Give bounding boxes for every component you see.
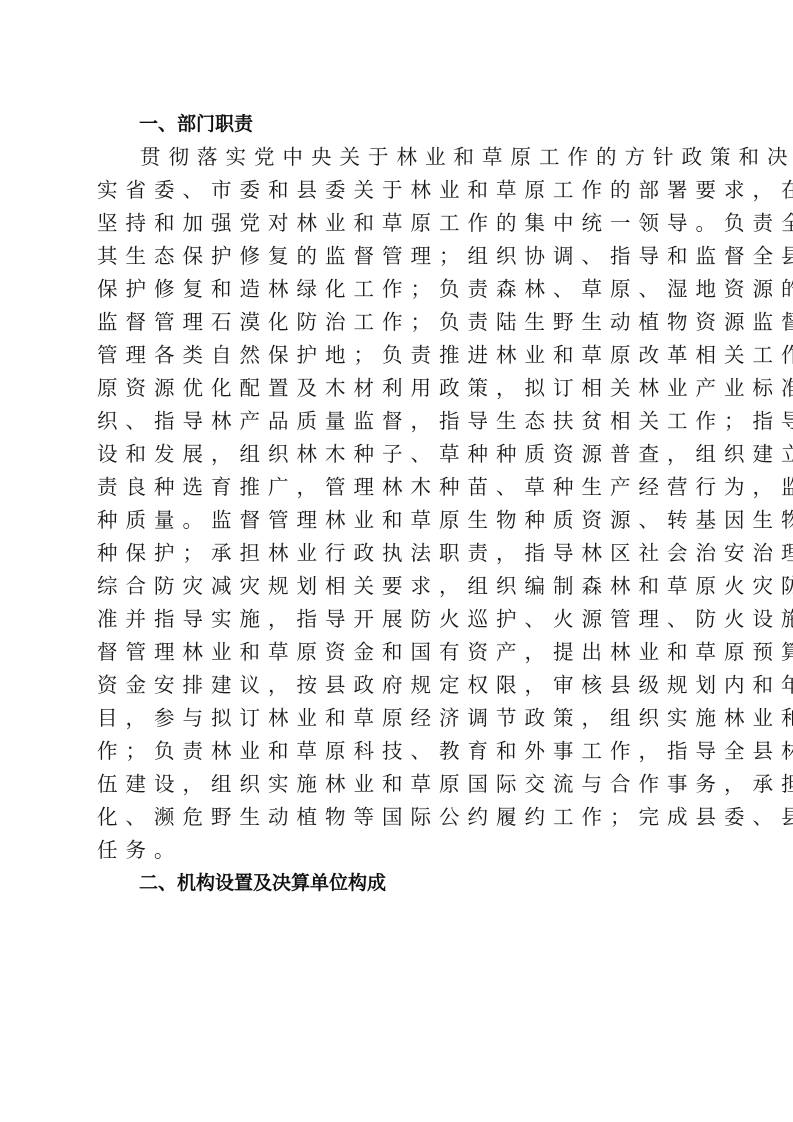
paragraph-line: 保护修复和造林绿化工作；负责森林、草原、湿地资源的监督管理；负责	[97, 273, 700, 306]
paragraph-line: 目，参与拟订林业和草原经济调节政策，组织实施林业和草原生态补偿工	[97, 702, 700, 735]
section-heading-department-duties: 一、部门职责	[97, 108, 700, 141]
paragraph-line: 任务。	[97, 834, 700, 867]
paragraph-line: 督管理林业和草原资金和国有资产，提出林业和草原预算内投资、财政性	[97, 636, 700, 669]
paragraph-line: 贯彻落实党中央关于林业和草原工作的方针政策和决策部署，全面落	[97, 141, 700, 174]
document-page: 一、部门职责 贯彻落实党中央关于林业和草原工作的方针政策和决策部署，全面落 实省…	[97, 108, 700, 900]
paragraph-line: 准并指导实施，指导开展防火巡护、火源管理、防火设施建设等工作；监	[97, 603, 700, 636]
paragraph-line: 其生态保护修复的监督管理；组织协调、指导和监督全县林业和草原生态	[97, 240, 700, 273]
paragraph-line: 设和发展，组织林木种子、草种种质资源普查，组织建立种质资源库，负	[97, 438, 700, 471]
paragraph-line: 种质量。监督管理林业和草原生物种质资源、转基因生物安全、植物新品	[97, 504, 700, 537]
paragraph-line: 原资源优化配置及木材利用政策，拟订相关林业产业标准并监督实施，组	[97, 372, 700, 405]
department-duties-paragraph: 贯彻落实党中央关于林业和草原工作的方针政策和决策部署，全面落 实省委、市委和县委…	[97, 141, 700, 867]
paragraph-line: 织、指导林产品质量监督，指导生态扶贫相关工作；指导国有林场基本建	[97, 405, 700, 438]
paragraph-line: 作；负责林业和草原科技、教育和外事工作，指导全县林业和草原人才队	[97, 735, 700, 768]
paragraph-line: 化、濒危野生动植物等国际公约履约工作；完成县委、县政府交办的其他	[97, 801, 700, 834]
paragraph-line: 综合防灾减灾规划相关要求，组织编制森林和草原火灾防治规划和防护标	[97, 570, 700, 603]
section-heading-organization-structure: 二、机构设置及决算单位构成	[97, 867, 700, 900]
paragraph-line: 伍建设，组织实施林业和草原国际交流与合作事务，承担湿地、防治荒漠	[97, 768, 700, 801]
paragraph-line: 种保护；承担林业行政执法职责，指导林区社会治安治理工作；负责落实	[97, 537, 700, 570]
paragraph-line: 责良种选育推广，管理林木种苗、草种生产经营行为，监管林木种苗、草	[97, 471, 700, 504]
paragraph-line: 监督管理石漠化防治工作；负责陆生野生动植物资源监督管理；负责监督	[97, 306, 700, 339]
paragraph-line: 管理各类自然保护地；负责推进林业和草原改革相关工作；拟订林业和草	[97, 339, 700, 372]
paragraph-line: 坚持和加强党对林业和草原工作的集中统一领导。负责全县林业和草原及	[97, 207, 700, 240]
paragraph-line: 实省委、市委和县委关于林业和草原工作的部署要求，在履行职责过程中	[97, 174, 700, 207]
paragraph-line: 资金安排建议，按县政府规定权限，审核县级规划内和年度计划内投资项	[97, 669, 700, 702]
